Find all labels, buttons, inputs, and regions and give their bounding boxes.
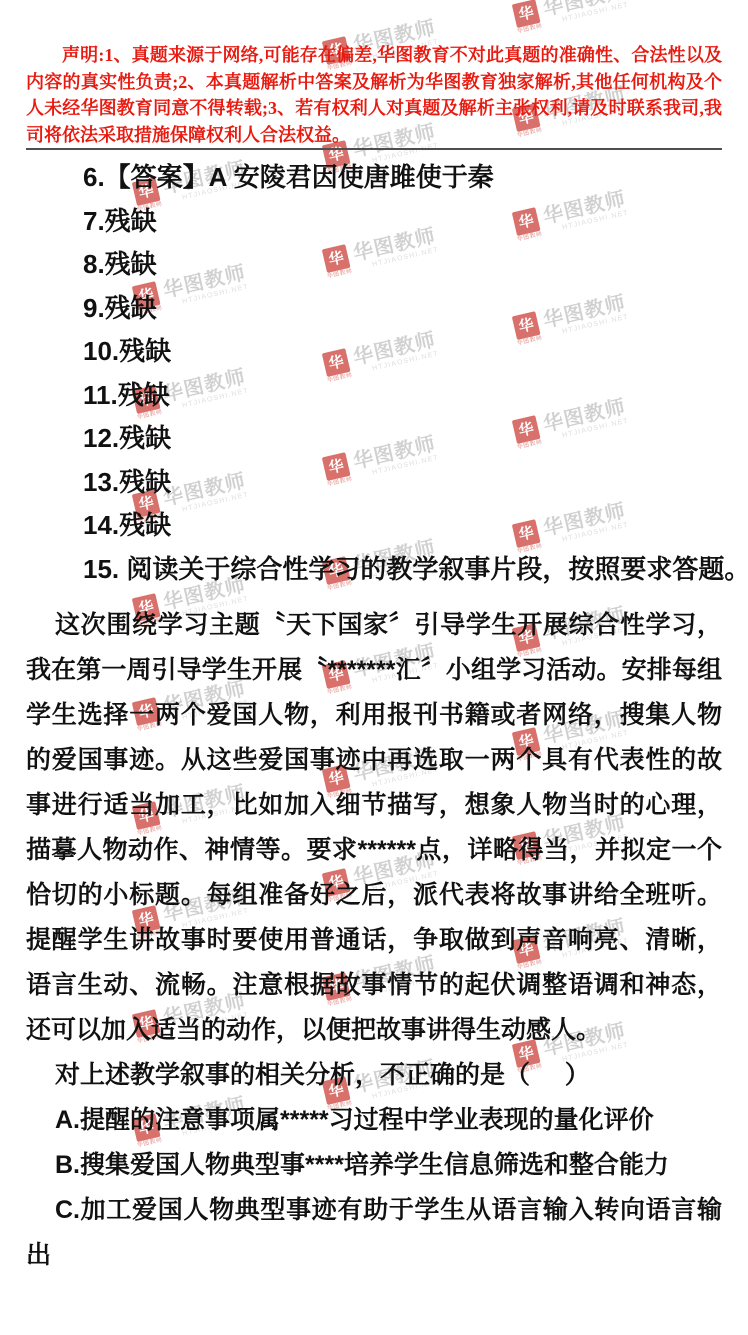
question-15-stem: 15. 阅读关于综合性学习的教学叙事片段，按照要求答题。 (83, 548, 722, 592)
watermark-text: 华图教师HTJIAOSHI.NET (541, 0, 630, 28)
answer-item: 8.残缺 (83, 243, 722, 287)
document-content: 声明:1、真题来源于网络,可能存在偏差,华图教育不对此真题的准确性、合法性以及内… (0, 42, 748, 1278)
divider-line (26, 148, 722, 150)
disclaimer-text: 1、真题来源于网络,可能存在偏差,华图教育不对此真题的准确性、合法性以及内容的真… (26, 45, 722, 145)
option-line: A.提醒的注意事项属*****习过程中学业表现的量化评价 (26, 1098, 722, 1143)
watermark: 华华图教师华图教师HTJIAOSHI.NET (511, 0, 630, 36)
question-15-question: 对上述教学叙事的相关分析，不正确的是（ ） (26, 1053, 722, 1098)
answer-item: 10.残缺 (83, 330, 722, 374)
document-page: 华华图教师华图教师HTJIAOSHI.NET华华图教师华图教师HTJIAOSHI… (0, 0, 748, 1335)
option-line: C.加工爱国人物典型事迹有助于学生从语言输入转向语言输出 (26, 1188, 722, 1278)
answer-item: 13.残缺 (83, 461, 722, 505)
watermark-logo-caption: 华图教师 (516, 23, 543, 36)
answer-item: 7.残缺 (83, 200, 722, 244)
question-15-body: 这次围绕学习主题〝天下国家〞引导学生开展综合性学习，我在第一周引导学生开展〝**… (26, 603, 722, 1278)
answer-list: 6.【答案】A 安陵君因使唐雎使于秦7.残缺8.残缺9.残缺10.残缺11.残缺… (26, 156, 722, 591)
disclaimer: 声明:1、真题来源于网络,可能存在偏差,华图教育不对此真题的准确性、合法性以及内… (26, 42, 722, 148)
answer-item: 14.残缺 (83, 504, 722, 548)
option-list: A.提醒的注意事项属*****习过程中学业表现的量化评价B.搜集爱国人物典型事*… (26, 1098, 722, 1278)
watermark-brand-text: 华图教师 (541, 0, 628, 20)
disclaimer-label: 声明: (62, 45, 104, 65)
answer-item: 6.【答案】A 安陵君因使唐雎使于秦 (83, 156, 722, 200)
answer-item: 12.残缺 (83, 417, 722, 461)
answer-item: 11.残缺 (83, 374, 722, 418)
watermark-site-text: HTJIAOSHI.NET (562, 1, 630, 24)
question-15-narrative: 这次围绕学习主题〝天下国家〞引导学生开展综合性学习，我在第一周引导学生开展〝**… (26, 603, 722, 1053)
option-line: B.搜集爱国人物典型事****培养学生信息筛选和整合能力 (26, 1143, 722, 1188)
answer-item: 9.残缺 (83, 287, 722, 331)
huatu-logo-icon: 华华图教师 (511, 0, 544, 36)
huatu-logo-square: 华 (512, 0, 541, 28)
